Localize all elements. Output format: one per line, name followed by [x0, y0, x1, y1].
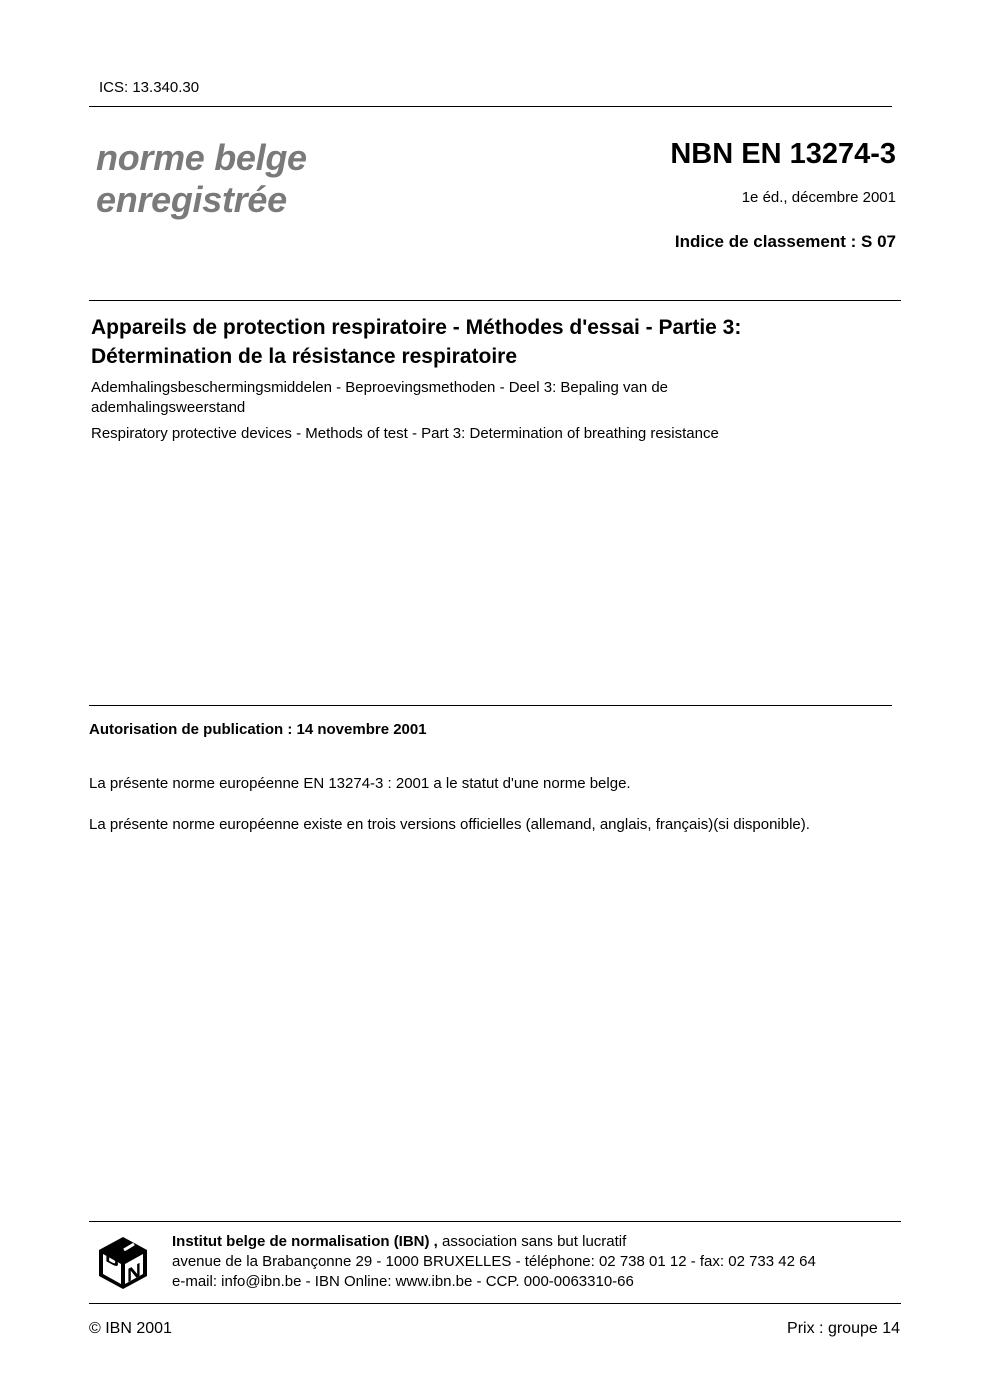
document-number: NBN EN 13274-3 — [670, 138, 896, 171]
ics-code: ICS: 13.340.30 — [99, 79, 199, 96]
ibn-logo-icon: B N — [98, 1236, 148, 1290]
classification-index: Indice de classement : S 07 — [675, 232, 896, 252]
status-paragraph: La présente norme européenne EN 13274-3 … — [89, 775, 631, 792]
body-divider — [89, 705, 892, 706]
brand-title: norme belge enregistrée — [96, 137, 307, 221]
dutch-title: Ademhalingsbeschermingsmiddelen - Beproe… — [91, 378, 791, 418]
french-title: Appareils de protection respiratoire - M… — [91, 313, 741, 371]
footer-divider-top — [89, 1221, 901, 1222]
copyright: © IBN 2001 — [89, 1320, 172, 1338]
versions-paragraph: La présente norme européenne existe en t… — [89, 816, 810, 833]
brand-line-1: norme belge — [96, 137, 307, 179]
title-divider — [89, 300, 901, 301]
english-title: Respiratory protective devices - Methods… — [91, 425, 719, 442]
edition-date: 1e éd., décembre 2001 — [742, 189, 896, 206]
institute-name: Institut belge de normalisation (IBN) , — [172, 1233, 438, 1250]
institute-info: Institut belge de normalisation (IBN) , … — [172, 1232, 816, 1292]
publication-authorization: Autorisation de publication : 14 novembr… — [89, 721, 427, 738]
french-title-line-2: Détermination de la résistance respirato… — [91, 342, 741, 371]
institute-line-1: Institut belge de normalisation (IBN) , … — [172, 1232, 816, 1252]
footer-divider-bottom — [89, 1303, 901, 1304]
brand-line-2: enregistrée — [96, 179, 307, 221]
french-title-line-1: Appareils de protection respiratoire - M… — [91, 313, 741, 342]
price-group: Prix : groupe 14 — [787, 1320, 900, 1338]
institute-address: avenue de la Brabançonne 29 - 1000 BRUXE… — [172, 1252, 816, 1272]
header-divider — [89, 106, 892, 107]
institute-description: association sans but lucratif — [442, 1233, 626, 1250]
institute-contact: e-mail: info@ibn.be - IBN Online: www.ib… — [172, 1272, 816, 1292]
